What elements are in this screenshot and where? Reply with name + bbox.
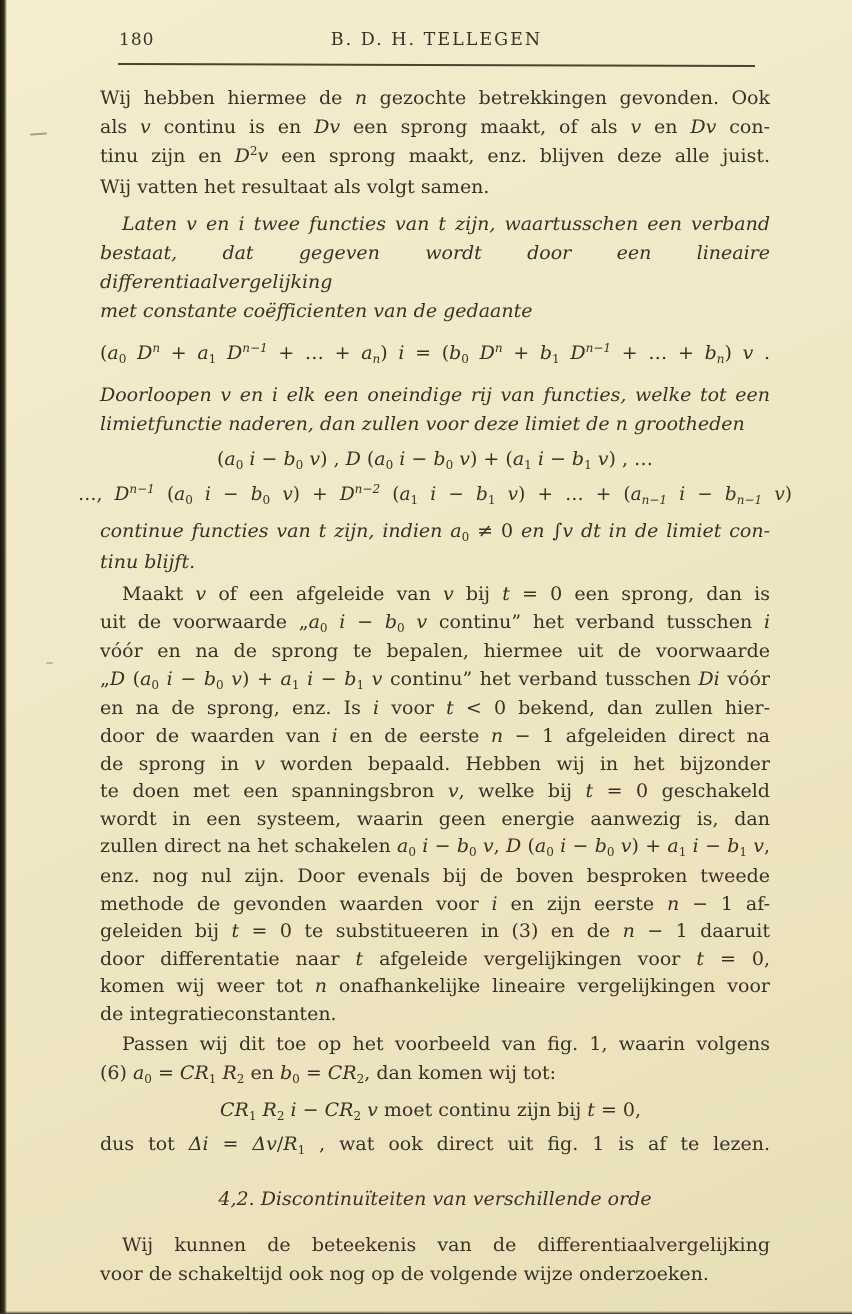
text-segment: 0 (320, 621, 328, 635)
scan-left-edge (0, 0, 7, 1314)
text-segment: i (686, 835, 698, 857)
text-segment: Wij hebben hiermee de (100, 87, 355, 109)
text-segment: t (446, 697, 454, 719)
text-segment: en (244, 1062, 280, 1084)
text-segment: R (256, 1099, 276, 1121)
text-line: (6) a0 = CR1 R2 en b0 = CR2, dan komen w… (100, 1059, 770, 1090)
text-segment: Maakt (122, 583, 195, 605)
text-segment: n (491, 725, 503, 747)
text-segment: 1 (524, 458, 532, 472)
text-segment: D (115, 484, 130, 505)
limit-continuation: continue functies van t zijn, indien a0 … (100, 517, 770, 577)
text-segment: 0 (408, 845, 416, 859)
text-segment: (6) (100, 1062, 133, 1084)
text-segment: onafhankelijke lineaire vergelijkingen v… (327, 975, 770, 997)
text-segment: i (393, 448, 405, 470)
text-segment: ) , (320, 448, 346, 470)
text-line: Maakt v of een afgeleide van v bij t = 0… (100, 581, 770, 609)
text-segment: 1 (584, 458, 592, 472)
text-segment: a (174, 484, 185, 505)
text-segment: n−1 (586, 341, 611, 355)
text-segment: a (197, 342, 208, 364)
text-segment: b (204, 668, 216, 690)
text-line: de sprong in v worden bepaald. Hebben wi… (100, 751, 770, 779)
text-segment: − (566, 835, 594, 857)
text-segment: 0 (185, 493, 193, 507)
text-segment: 2 (237, 1072, 245, 1086)
text-segment: 2 (353, 1109, 361, 1123)
text-segment: a (535, 835, 546, 857)
text-segment: Doorloopen v en i elk een oneindige rij … (100, 384, 770, 406)
quantities-formula-2: …, Dn−1 (a0 i − b0 v) + Dn−2 (a1 i − b1 … (78, 480, 792, 511)
text-segment: limietfunctie naderen, dan zullen voor d… (100, 413, 745, 435)
text-segment: b (433, 448, 445, 470)
text-segment: < 0 bekend, dan zullen hier- (454, 697, 770, 719)
text-line: Passen wij dit toe op het voorbeeld van … (100, 1030, 770, 1059)
text-segment: R (283, 1133, 297, 1155)
section-heading: 4,2. Discontinuïteiten van verschillende… (100, 1185, 770, 1214)
text-segment: b (476, 484, 488, 505)
text-line: limietfunctie naderen, dan zullen voor d… (100, 410, 770, 439)
text-segment: 0 (236, 458, 244, 472)
text-segment: b (385, 611, 397, 633)
text-segment: ) + ( (470, 448, 513, 470)
text-segment: a (361, 342, 372, 364)
text-segment: n (623, 920, 635, 942)
text-line: Doorloopen v en i elk een oneindige rij … (100, 381, 770, 410)
example-paragraph: Passen wij dit toe op het voorbeeld van … (100, 1030, 770, 1090)
text-segment: ( (125, 668, 140, 690)
text-segment: voor de schakeltijd ook nog op de volgen… (100, 1263, 709, 1285)
text-line: de integratieconstanten. (100, 1001, 770, 1029)
text-segment: ) + (632, 835, 668, 857)
quantities-formula-1: (a0 i − b0 v) , D (a0 i − b0 v) + (a1 i … (100, 445, 770, 476)
text-segment: 1 (292, 678, 300, 692)
text-segment: a (397, 835, 408, 857)
text-line: dus tot Δi = Δv/R1 , wat ook direct uit … (100, 1130, 770, 1161)
text-segment: = 0 een sprong, dan is (510, 583, 770, 605)
text-segment: D (346, 448, 361, 470)
text-segment: − (699, 835, 727, 857)
text-segment: + … + (268, 342, 362, 364)
text-segment: bestaat, dat gegeven wordt door een line… (100, 242, 770, 293)
text-segment: 0 (151, 678, 159, 692)
text-segment: i (764, 611, 770, 633)
text-segment: n (355, 87, 367, 109)
text-line: door de waarden van i en de eerste n − 1… (100, 723, 770, 751)
text-segment: b (705, 342, 717, 364)
text-line: door differentatie naar t afgeleide verg… (100, 946, 770, 974)
text-segment: enz. nog nul zijn. Door evenals bij de b… (100, 865, 770, 887)
text-segment: 2 (277, 1109, 285, 1123)
text-segment: v (224, 668, 242, 690)
text-segment: 0 (263, 493, 271, 507)
text-segment: 0 (386, 458, 394, 472)
text-segment: a (631, 484, 642, 505)
text-segment: 1 (249, 1109, 257, 1123)
text-segment: t (587, 1099, 595, 1121)
text-segment: − (685, 484, 725, 505)
text-line: Wij hebben hiermee de n gezochte betrekk… (100, 84, 770, 113)
text-segment: t (356, 948, 364, 970)
text-segment: n−2 (355, 482, 380, 496)
text-line: methode de gevonden waarden voor i en zi… (100, 891, 770, 919)
text-line: Wij vatten het resultaat als volgt samen… (100, 173, 770, 202)
text-segment: ) + (242, 668, 281, 690)
text-segment: ( (361, 448, 374, 470)
text-line: …, Dn−1 (a0 i − b0 v) + Dn−2 (a1 i − b1 … (78, 480, 792, 511)
text-segment: v (364, 668, 382, 690)
text-segment: de integratieconstanten. (100, 1003, 337, 1025)
text-segment: 0 (446, 458, 454, 472)
text-segment: 2 (357, 1072, 365, 1086)
text-segment: n−1 (129, 482, 154, 496)
text-segment: − (173, 668, 204, 690)
text-segment: v (303, 448, 320, 470)
text-segment: − (345, 611, 384, 633)
text-segment: ( (521, 835, 535, 857)
text-segment: b (540, 342, 552, 364)
text-segment: − (255, 448, 283, 470)
text-segment: − 1 daaruit (635, 920, 770, 942)
text-segment: a (667, 835, 678, 857)
text-segment: voor (379, 697, 446, 719)
text-segment: b (251, 484, 263, 505)
text-segment: − (436, 484, 476, 505)
text-segment: 0 (546, 845, 554, 859)
text-segment: met constante coëfficienten van de gedaa… (100, 300, 532, 322)
text-segment: = ( (404, 342, 449, 364)
text-segment: ) (785, 484, 792, 505)
text-line: CR1 R2 i − CR2 v moet continu zijn bij t… (220, 1096, 770, 1127)
text-segment: a (224, 448, 235, 470)
text-segment: b (449, 342, 461, 364)
text-segment: a (107, 342, 118, 364)
text-segment: 0 (461, 352, 469, 366)
intro-paragraph: Wij hebben hiermee de n gezochte betrekk… (100, 84, 770, 202)
text-segment: een sprong maakt, enz. blijven deze alle… (268, 145, 770, 167)
text-segment: continue functies van t zijn, indien (100, 520, 450, 542)
text-segment: i (159, 668, 173, 690)
text-segment: v (592, 448, 609, 470)
text-segment: door de waarden van (100, 725, 332, 747)
text-line: enz. nog nul zijn. Door evenals bij de b… (100, 863, 770, 891)
text-segment: CR (180, 1062, 209, 1084)
text-segment: als (100, 116, 140, 138)
text-segment: en de eerste (338, 725, 491, 747)
text-line: Laten v en i twee functies van t zijn, w… (100, 210, 770, 239)
text-segment: v (361, 1099, 378, 1121)
text-segment: − (428, 835, 456, 857)
text-segment: Wij kunnen de beteekenis van de differen… (122, 1234, 770, 1256)
text-segment: Δv (252, 1133, 276, 1155)
text-segment: v (743, 342, 754, 364)
text-segment: , welke bij (459, 780, 586, 802)
text-segment: wordt in een systeem, waarin geen energi… (100, 808, 770, 830)
text-segment: − (297, 1099, 325, 1121)
text-segment: t (696, 948, 704, 970)
text-line: wordt in een systeem, waarin geen energi… (100, 806, 770, 834)
text-segment: + (503, 342, 540, 364)
text-line: te doen met een spanningsbron v, welke b… (100, 778, 770, 806)
text-segment: ( (380, 484, 399, 505)
text-segment: D (110, 668, 125, 690)
text-segment: b (725, 484, 737, 505)
text-segment: n−1 (642, 493, 667, 507)
text-segment: D (560, 342, 586, 364)
text-segment: + (160, 342, 197, 364)
text-segment: zullen direct na het schakelen (100, 835, 397, 857)
text-segment: ( (155, 484, 174, 505)
text-segment: ∫ (552, 520, 562, 542)
text-segment: afgeleide vergelijkingen voor (363, 948, 696, 970)
text-segment: con- (716, 116, 770, 138)
text-segment: n (315, 975, 327, 997)
text-segment: a (513, 448, 524, 470)
text-segment: v (615, 835, 632, 857)
text-segment: en zijn eerste (498, 893, 667, 915)
text-segment: 1 (209, 352, 217, 366)
text-segment: b (572, 448, 584, 470)
text-segment: CR (325, 1099, 354, 1121)
text-segment: b (280, 1062, 292, 1084)
text-segment: …, (78, 484, 115, 505)
text-segment: Di (698, 668, 719, 690)
text-segment: t (231, 920, 239, 942)
margin-speck (46, 662, 53, 664)
text-segment: a (374, 448, 385, 470)
text-segment: v (630, 116, 641, 138)
text-segment: v (443, 583, 454, 605)
text-segment: „ (100, 668, 110, 690)
text-segment: n (373, 352, 381, 366)
text-segment: a (281, 668, 292, 690)
text-segment: methode de gevonden waarden voor (100, 893, 492, 915)
text-segment: continu is en (151, 116, 314, 138)
conclusion-line: dus tot Δi = Δv/R1 , wat ook direct uit … (100, 1130, 770, 1161)
page-body: Wij hebben hiermee de n gezochte betrekk… (100, 84, 770, 1289)
text-segment: − (211, 484, 251, 505)
text-segment: a (309, 611, 320, 633)
text-segment: Passen wij dit toe op het voorbeeld van … (122, 1033, 770, 1055)
text-segment: D (340, 484, 355, 505)
text-line: geleiden bij t = 0 te substitueeren in (… (100, 918, 770, 946)
main-paragraph: Maakt v of een afgeleide van v bij t = 0… (100, 581, 770, 1029)
text-segment: 0 (397, 621, 405, 635)
text-segment: v (477, 835, 494, 857)
text-line: vóór en na de sprong te bepalen, hiermee… (100, 638, 770, 666)
text-segment: = 0, (595, 1099, 641, 1121)
text-segment: vóór (720, 668, 770, 690)
text-segment: = (152, 1062, 180, 1084)
text-segment: a (399, 484, 410, 505)
text-segment: = (209, 1133, 253, 1155)
text-line: „D (a0 i − b0 v) + a1 i − b1 v continu” … (100, 666, 770, 696)
text-segment: i (243, 448, 255, 470)
text-segment: , (764, 835, 770, 857)
text-segment: D (126, 342, 152, 364)
text-line: continue functies van t zijn, indien a0 … (100, 517, 770, 548)
text-segment: 1 (739, 845, 747, 859)
text-segment: ) (724, 342, 742, 364)
text-segment: a (133, 1062, 144, 1084)
text-segment: v (762, 484, 785, 505)
text-segment: D (216, 342, 242, 364)
text-segment: − (544, 448, 572, 470)
limit-intro: Doorloopen v en i elk een oneindige rij … (100, 381, 770, 439)
text-segment: D (506, 835, 521, 857)
ode-formula: (a0 Dn + a1 Dn−1 + … + an) i = (b0 Dn + … (100, 339, 770, 370)
theorem-intro: Laten v en i twee functies van t zijn, w… (100, 210, 770, 326)
text-segment: v (747, 835, 764, 857)
text-segment: b (283, 448, 295, 470)
text-segment: = 0 te substitueeren in (3) en de (239, 920, 622, 942)
text-segment: de sprong in (100, 753, 254, 775)
text-segment: ≠ 0 (469, 520, 521, 542)
text-segment: v (254, 753, 265, 775)
text-segment: bij (454, 583, 502, 605)
text-segment: 0 (216, 678, 224, 692)
text-segment: vóór en na de sprong te bepalen, hiermee… (100, 640, 770, 662)
text-segment: dus tot (100, 1133, 189, 1155)
running-head: B. D. H. TELLEGEN (118, 30, 755, 50)
text-segment: n (667, 893, 679, 915)
text-line: 4,2. Discontinuïteiten van verschillende… (100, 1185, 770, 1214)
text-segment: komen wij weer tot (100, 975, 315, 997)
text-segment: − (313, 668, 344, 690)
text-segment: = 0, (704, 948, 770, 970)
text-segment: v (453, 448, 470, 470)
text-segment: 0 (462, 530, 470, 544)
text-line: en na de sprong, enz. Is i voor t < 0 be… (100, 695, 770, 723)
text-line: uit de voorwaarde „a0 i − b0 v continu” … (100, 609, 770, 639)
text-segment: 0 (144, 1072, 152, 1086)
text-segment: ) , … (609, 448, 654, 470)
text-segment: 0 (469, 845, 477, 859)
text-segment: tinu zijn en (100, 145, 235, 167)
text-segment: v (195, 583, 206, 605)
margin-pencil-mark (30, 132, 47, 135)
text-segment: v (140, 116, 151, 138)
text-segment: i (416, 835, 428, 857)
text-segment: 1 (552, 352, 560, 366)
text-line: tinu zijn en D2v een sprong maakt, enz. … (100, 142, 770, 173)
text-segment: b (344, 668, 356, 690)
text-line: tinu blijft. (100, 548, 770, 577)
text-segment: i (328, 611, 346, 633)
text-segment: 1 (356, 678, 364, 692)
text-segment: n−1 (737, 493, 762, 507)
text-segment: i (532, 448, 544, 470)
text-segment: b (457, 835, 469, 857)
text-segment: en na de sprong, enz. Is (100, 697, 373, 719)
text-segment: een sprong maakt, of als (340, 116, 630, 138)
text-segment: Laten v en i twee functies van t zijn, w… (122, 213, 770, 235)
text-line: (a0 i − b0 v) , D (a0 i − b0 v) + (a1 i … (100, 445, 770, 476)
text-segment: ) + (293, 484, 340, 505)
text-segment: 2 (250, 144, 258, 158)
text-line: voor de schakeltijd ook nog op de volgen… (100, 1260, 770, 1289)
text-segment: = 0 geschakeld (593, 780, 770, 802)
text-segment: v (405, 611, 428, 633)
text-segment: n (495, 341, 503, 355)
text-segment: CR (328, 1062, 357, 1084)
text-segment: , wat ook direct uit fig. 1 is af te lez… (305, 1133, 770, 1155)
text-segment: n (152, 341, 160, 355)
text-segment: of een afgeleide van (206, 583, 443, 605)
text-segment: t (502, 583, 510, 605)
continuity-formula: CR1 R2 i − CR2 v moet continu zijn bij t… (220, 1096, 770, 1127)
text-segment: i (554, 835, 566, 857)
scanned-book-page: 180 B. D. H. TELLEGEN Wij hebben hiermee… (0, 0, 852, 1314)
text-segment: 0 (607, 845, 615, 859)
text-segment: a (450, 520, 461, 542)
text-segment: v (448, 780, 459, 802)
text-segment: i (193, 484, 211, 505)
text-segment: geleiden bij (100, 920, 231, 942)
text-segment: b (727, 835, 739, 857)
text-segment: − 1 afgeleiden direct na (503, 725, 770, 747)
text-segment: 1 (209, 1072, 217, 1086)
text-segment: , dan komen wij tot: (364, 1062, 556, 1084)
text-segment: i (299, 668, 313, 690)
text-segment: R (216, 1062, 236, 1084)
text-segment: 4,2. Discontinuïteiten van verschillende… (218, 1188, 651, 1210)
text-segment: moet continu zijn bij (378, 1099, 587, 1121)
text-segment: worden bepaald. Hebben wij in het bijzon… (265, 753, 770, 775)
text-segment: continu” het verband tusschen (427, 611, 764, 633)
text-line: Wij kunnen de beteekenis van de differen… (100, 1231, 770, 1260)
text-segment: v dt in de limiet con- (562, 520, 770, 542)
text-segment: en (641, 116, 690, 138)
text-segment: ) + … + ( (518, 484, 631, 505)
text-segment: continu” het verband tusschen (382, 668, 698, 690)
text-segment: tinu blijft. (100, 551, 195, 573)
text-segment: 0 (119, 352, 127, 366)
text-segment: 1 (298, 1143, 306, 1157)
text-segment: ) (380, 342, 398, 364)
text-segment: i (284, 1099, 296, 1121)
text-line: (a0 Dn + a1 Dn−1 + … + an) i = (b0 Dn + … (100, 339, 770, 370)
text-segment: v (270, 484, 293, 505)
text-segment: . (753, 342, 770, 364)
text-segment: gezochte betrekkingen gevonden. Ook (367, 87, 770, 109)
text-line: als v continu is en Dv een sprong maakt,… (100, 113, 770, 142)
page-header: 180 B. D. H. TELLEGEN (0, 28, 852, 68)
text-segment: i (418, 484, 436, 505)
text-segment: CR (220, 1099, 249, 1121)
text-segment: n−1 (242, 341, 267, 355)
text-segment: Dv (690, 116, 716, 138)
text-segment: en (521, 520, 552, 542)
text-segment: 0 (296, 458, 304, 472)
text-segment: 0 (292, 1072, 300, 1086)
text-segment: b (595, 835, 607, 857)
text-segment: v (495, 484, 518, 505)
text-segment: v (258, 145, 269, 167)
text-line: bestaat, dat gegeven wordt door een line… (100, 239, 770, 297)
text-segment: = (300, 1062, 328, 1084)
text-line: komen wij weer tot n onafhankelijke line… (100, 973, 770, 1001)
text-segment: − 1 af- (679, 893, 770, 915)
closing-paragraph: Wij kunnen de beteekenis van de differen… (100, 1231, 770, 1289)
text-segment: 1 (679, 845, 687, 859)
text-segment: + … + (611, 342, 705, 364)
text-segment: , (494, 835, 506, 857)
text-segment: a (140, 668, 151, 690)
text-segment: Dv (314, 116, 340, 138)
text-segment: Wij vatten het resultaat als volgt samen… (100, 176, 489, 198)
